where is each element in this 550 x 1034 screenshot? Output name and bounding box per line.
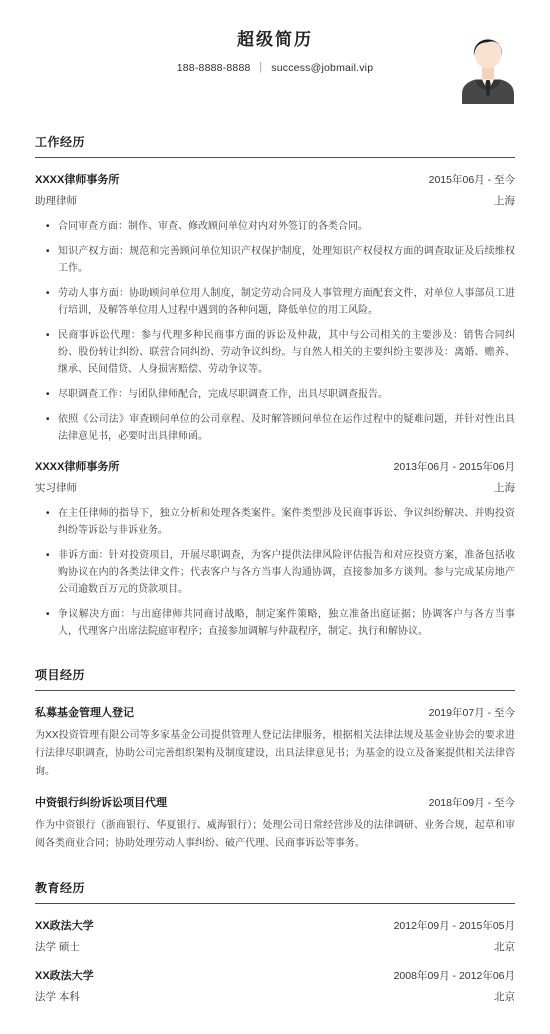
education-entry-subheader: 法学 硕士 北京: [35, 939, 515, 954]
degree: 法学 本科: [35, 989, 80, 1004]
education-entry: XX政法大学 2012年09月 - 2015年05月 法学 硕士 北京: [35, 917, 515, 954]
contact-line: 188-8888-8888｜success@jobmail.vip: [35, 60, 515, 75]
resume-title: 超级简历: [35, 30, 515, 50]
education-dates: 2008年09月 - 2012年06月: [394, 968, 515, 983]
education-section-heading: 教育经历: [35, 879, 515, 904]
project-description: 为XX投资管理有限公司等多家基金公司提供管理人登记法律服务，根据相关法律法规及基…: [35, 727, 515, 781]
work-entry-subheader: 实习律师 上海: [35, 480, 515, 495]
male-avatar-icon: [458, 28, 518, 104]
company-name: XXXX律师事务所: [35, 171, 119, 187]
education-entry-header: XX政法大学 2008年09月 - 2012年06月: [35, 967, 515, 983]
work-dates: 2015年06月 - 至今: [429, 172, 515, 187]
projects-section-heading: 项目经历: [35, 666, 515, 691]
project-entry: 中资银行纠纷诉讼项目代理 2018年09月 - 至今 作为中资银行（浙商银行、华…: [35, 794, 515, 853]
work-entry: XXXX律师事务所 2015年06月 - 至今 助理律师 上海 合同审查方面：制…: [35, 171, 515, 445]
school-name: XX政法大学: [35, 917, 94, 933]
bullet-item: 劳动人事方面：协助顾问单位用人制度，制定劳动合同及人事管理方面配套文件，对单位人…: [46, 285, 515, 319]
work-entry-header: XXXX律师事务所 2015年06月 - 至今: [35, 171, 515, 187]
work-section-heading: 工作经历: [35, 133, 515, 158]
contact-separator: ｜: [256, 62, 267, 74]
work-entry-header: XXXX律师事务所 2013年06月 - 2015年06月: [35, 458, 515, 474]
work-bullet-list: 合同审查方面：制作、审查、修改顾问单位对内对外签订的各类合同。 知识产权方面：规…: [35, 218, 515, 445]
education-entry: XX政法大学 2008年09月 - 2012年06月 法学 本科 北京: [35, 967, 515, 1004]
work-entry-subheader: 助理律师 上海: [35, 193, 515, 208]
project-name: 中资银行纠纷诉讼项目代理: [35, 794, 167, 810]
bullet-item: 非诉方面：针对投资项目，开展尽职调查，为客户提供法律风险评估报告和对应投资方案，…: [46, 547, 515, 598]
degree: 法学 硕士: [35, 939, 80, 954]
project-entry-header: 中资银行纠纷诉讼项目代理 2018年09月 - 至今: [35, 794, 515, 810]
bullet-item: 合同审查方面：制作、审查、修改顾问单位对内对外签订的各类合同。: [46, 218, 515, 235]
bullet-item: 民商事诉讼代理：参与代理多种民商事方面的诉讼及仲裁，其中与公司相关的主要涉及：销…: [46, 327, 515, 378]
project-name: 私募基金管理人登记: [35, 704, 134, 720]
phone-number: 188-8888-8888: [177, 62, 251, 74]
work-entry: XXXX律师事务所 2013年06月 - 2015年06月 实习律师 上海 在主…: [35, 458, 515, 640]
bullet-item: 知识产权方面：规范和完善顾问单位知识产权保护制度，处理知识产权侵权方面的调查取证…: [46, 243, 515, 277]
education-entry-header: XX政法大学 2012年09月 - 2015年05月: [35, 917, 515, 933]
resume-header: 超级简历 188-8888-8888｜success@jobmail.vip: [35, 26, 515, 75]
bullet-item: 依照《公司法》审查顾问单位的公司章程、及时解答顾问单位在运作过程中的疑难问题，并…: [46, 411, 515, 445]
work-dates: 2013年06月 - 2015年06月: [394, 459, 515, 474]
project-dates: 2019年07月 - 至今: [429, 705, 515, 720]
job-location: 上海: [494, 193, 515, 208]
company-name: XXXX律师事务所: [35, 458, 119, 474]
bullet-item: 争议解决方面：与出庭律师共同商讨战略，制定案件策略，独立准备出庭证据；协调客户与…: [46, 606, 515, 640]
resume-page: 超级简历 188-8888-8888｜success@jobmail.vip 工…: [0, 0, 550, 1034]
email-address: success@jobmail.vip: [271, 62, 373, 74]
education-location: 北京: [494, 989, 515, 1004]
education-entry-subheader: 法学 本科 北京: [35, 989, 515, 1004]
section-project-experience: 项目经历 私募基金管理人登记 2019年07月 - 至今 为XX投资管理有限公司…: [35, 666, 515, 853]
section-work-experience: 工作经历 XXXX律师事务所 2015年06月 - 至今 助理律师 上海 合同审…: [35, 133, 515, 640]
project-entry: 私募基金管理人登记 2019年07月 - 至今 为XX投资管理有限公司等多家基金…: [35, 704, 515, 781]
education-dates: 2012年09月 - 2015年05月: [394, 918, 515, 933]
section-education: 教育经历 XX政法大学 2012年09月 - 2015年05月 法学 硕士 北京…: [35, 879, 515, 1004]
bullet-item: 在主任律师的指导下，独立分析和处理各类案件。案件类型涉及民商事诉讼、争议纠纷解决…: [46, 505, 515, 539]
work-bullet-list: 在主任律师的指导下，独立分析和处理各类案件。案件类型涉及民商事诉讼、争议纠纷解决…: [35, 505, 515, 640]
project-description: 作为中资银行（浙商银行、华夏银行、威海银行）；处理公司日常经营涉及的法律调研、业…: [35, 817, 515, 853]
project-entry-header: 私募基金管理人登记 2019年07月 - 至今: [35, 704, 515, 720]
profile-photo: [458, 28, 518, 104]
job-title: 实习律师: [35, 480, 77, 495]
job-title: 助理律师: [35, 193, 77, 208]
school-name: XX政法大学: [35, 967, 94, 983]
bullet-item: 尽职调查工作：与团队律师配合，完成尽职调查工作，出具尽职调查报告。: [46, 386, 515, 403]
project-dates: 2018年09月 - 至今: [429, 795, 515, 810]
education-location: 北京: [494, 939, 515, 954]
job-location: 上海: [494, 480, 515, 495]
